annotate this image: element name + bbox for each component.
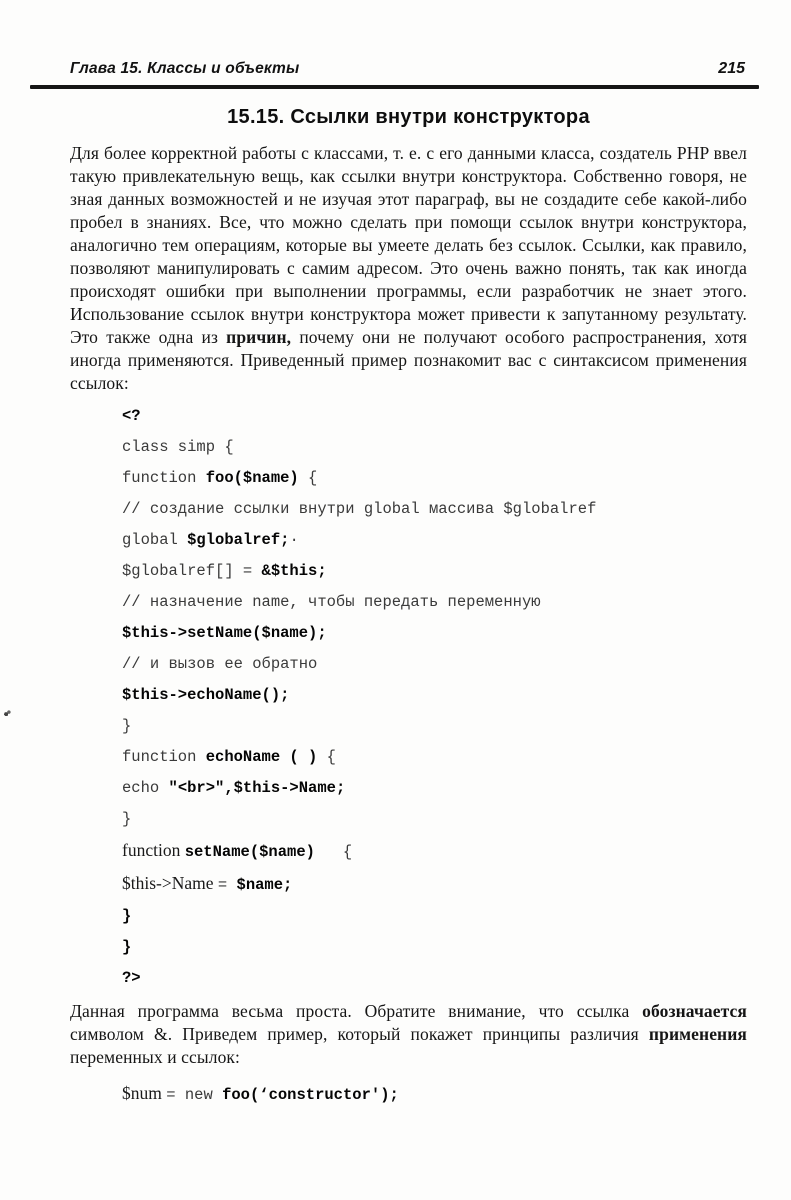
text-segment: foo(‘constructor'); [222, 1086, 399, 1104]
text-segment: $globalref; [187, 531, 289, 549]
text-segment: Для более корректной работы с классами, … [70, 143, 747, 347]
text-segment: class simp { [122, 438, 234, 456]
chapter-title: Глава 15. Классы и объекты [70, 60, 299, 78]
text-segment: &$this; [262, 562, 327, 580]
text-segment: $num [122, 1083, 166, 1103]
text-segment: переменных и ссылок: [70, 1047, 240, 1067]
code-line: global $globalref;· [122, 525, 747, 556]
text-segment: } [122, 717, 131, 735]
text-segment: { [317, 748, 336, 766]
book-page: Глава 15. Классы и объекты 215 15.15. Сс… [0, 0, 791, 1200]
text-segment: // назначение name, чтобы передать перем… [122, 593, 541, 611]
code-line: $globalref[] = &$this; [122, 556, 747, 587]
text-segment: } [122, 810, 131, 828]
text-segment: обозначается [642, 1001, 747, 1021]
code-line: function setName($name) { [122, 835, 747, 868]
code-line: echo "<br>",$this->Name; [122, 773, 747, 804]
page-number: 215 [718, 60, 745, 78]
scan-artifact [4, 710, 11, 717]
page-content: Глава 15. Классы и объекты 215 15.15. Сс… [70, 60, 747, 1111]
code-line: // создание ссылки внутри global массива… [122, 494, 747, 525]
intro-paragraph: Для более корректной работы с классами, … [70, 142, 747, 395]
code-line: } [122, 932, 747, 963]
text-segment: // создание ссылки внутри global массива… [122, 500, 596, 518]
text-segment: применения [649, 1024, 747, 1044]
code-line: // назначение name, чтобы передать перем… [122, 587, 747, 618]
text-segment: "<br>",$this->Name; [169, 779, 346, 797]
text-segment: { [315, 843, 352, 861]
code-line: function echoName ( ) { [122, 742, 747, 773]
code-line: class simp { [122, 432, 747, 463]
text-segment: $this->echoName(); [122, 686, 289, 704]
constructor-call-code: $num = new foo(‘constructor'); [122, 1078, 747, 1111]
section-title: 15.15. Ссылки внутри конструктора [70, 106, 747, 129]
text-segment: global [122, 531, 187, 549]
text-segment: function [122, 748, 206, 766]
text-segment: $this->Name [122, 873, 218, 893]
code-line: function foo($name) { [122, 463, 747, 494]
text-segment: · [289, 531, 298, 549]
header-rule [30, 85, 759, 89]
code-line: <? [122, 401, 747, 432]
code-line: $this->Name = $name; [122, 868, 747, 901]
text-segment: echo [122, 779, 169, 797]
code-line: } [122, 804, 747, 835]
text-segment: = [218, 876, 237, 894]
text-segment: function [122, 469, 206, 487]
code-line: ?> [122, 963, 747, 994]
text-segment: function [122, 840, 185, 860]
code-line: $this->setName($name); [122, 618, 747, 649]
php-code-block: <?class simp {function foo($name) {// со… [122, 401, 747, 994]
closing-paragraph: Данная программа весьма проста. Обратите… [70, 1000, 747, 1069]
code-line: // и вызов ее обратно [122, 649, 747, 680]
text-segment: = new [166, 1086, 222, 1104]
text-segment: ?> [122, 969, 141, 987]
text-segment: причин, [226, 327, 291, 347]
running-header: Глава 15. Классы и объекты 215 [70, 60, 747, 78]
text-segment: foo($name) [206, 469, 299, 487]
code-line: $this->echoName(); [122, 680, 747, 711]
text-segment: } [122, 938, 131, 956]
text-segment: setName($name) [185, 843, 315, 861]
text-segment: Данная программа весьма проста. Обратите… [70, 1001, 642, 1021]
text-segment: символом &. Приведем пример, который пок… [70, 1024, 649, 1044]
code-line: } [122, 901, 747, 932]
text-segment: $name; [237, 876, 293, 894]
text-segment: $this->setName($name); [122, 624, 327, 642]
text-segment: $globalref[] = [122, 562, 262, 580]
text-segment: <? [122, 407, 141, 425]
text-segment: echoName ( ) [206, 748, 318, 766]
text-segment: // и вызов ее обратно [122, 655, 317, 673]
text-segment: } [122, 907, 131, 925]
text-segment: { [299, 469, 318, 487]
code-line: } [122, 711, 747, 742]
